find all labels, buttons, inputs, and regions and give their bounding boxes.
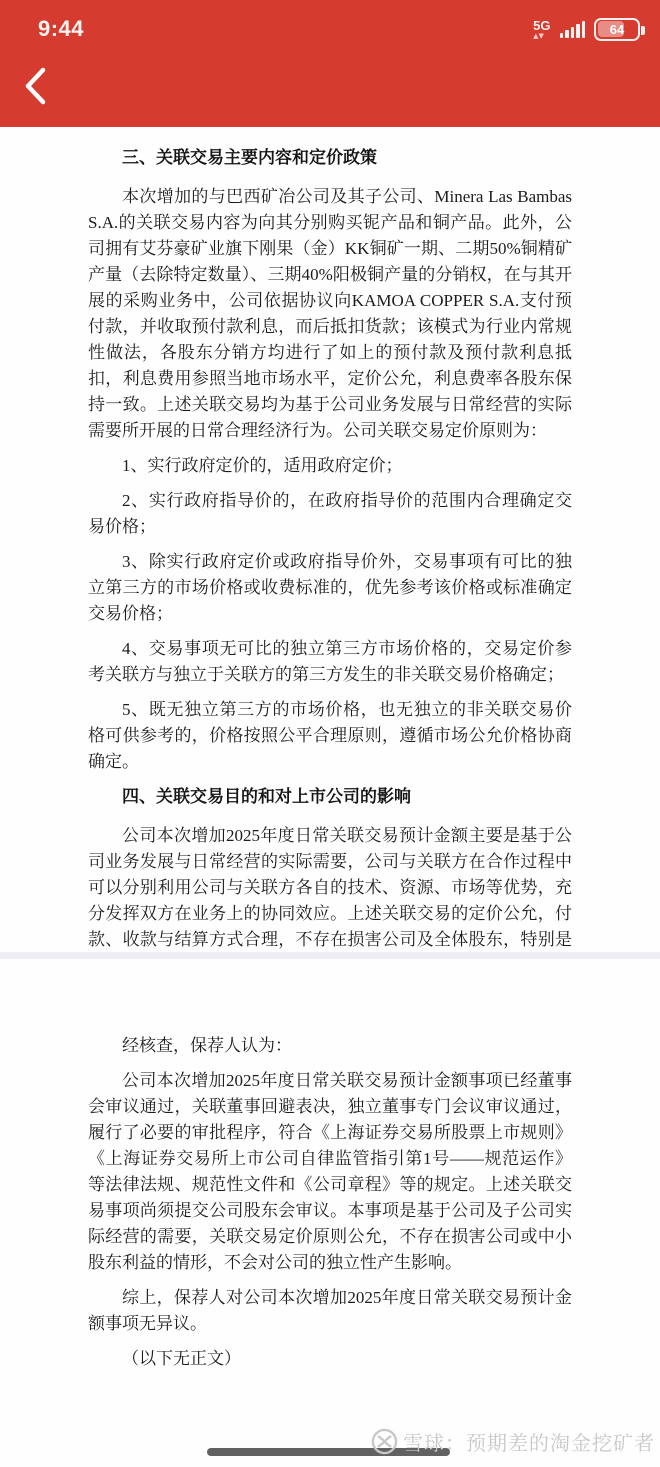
- paragraph: 综上，保荐人对公司本次增加2025年度日常关联交易预计金额事项无异议。: [88, 1285, 572, 1337]
- network-type-label: 5G: [533, 19, 550, 32]
- phone-screen: 9:44 5G ▲▼ 64: [0, 0, 660, 1467]
- battery-icon: 64: [594, 18, 640, 41]
- status-icons: 5G ▲▼ 64: [533, 18, 640, 41]
- watermark-text: 雪球：预期差的淘金挖矿者: [403, 1427, 655, 1456]
- pricing-item-1: 1、实行政府定价的，适用政府定价；: [88, 453, 572, 479]
- pricing-item-3: 3、除实行政府定价或政府指导价外，交易事项有可比的独立第三方的市场价格或收费标准…: [88, 549, 572, 627]
- network-indicator: 5G ▲▼: [533, 19, 550, 40]
- updown-arrows-icon: ▲▼: [533, 33, 544, 40]
- watermark: 雪球：预期差的淘金挖矿者: [371, 1427, 655, 1456]
- sponsor-intro: 经核查，保荐人认为：: [88, 1033, 572, 1059]
- nav-bar: [0, 42, 660, 108]
- app-header: 9:44 5G ▲▼ 64: [0, 0, 660, 127]
- status-bar: 9:44 5G ▲▼ 64: [0, 0, 660, 42]
- page-separator: [0, 952, 660, 959]
- battery-nub: [641, 26, 645, 35]
- pricing-item-4: 4、交易事项无可比的独立第三方市场价格的，交易定价参考关联方与独立于关联方的第三…: [88, 636, 572, 688]
- chevron-left-icon: [22, 66, 48, 106]
- no-more-text-note: （以下无正文）: [88, 1346, 572, 1372]
- pricing-item-5: 5、既无独立第三方的市场价格，也无独立的非关联交易价格可供参考的，价格按照公平合…: [88, 697, 572, 775]
- paragraph: 本次增加的与巴西矿冶公司及其子公司、Minera Las Bambas S.A.…: [88, 184, 572, 444]
- section-3-heading: 三、关联交易主要内容和定价政策: [88, 145, 572, 171]
- xueqiu-logo-icon: [371, 1428, 398, 1455]
- battery-percentage: 64: [596, 20, 638, 39]
- signal-bars-icon: [560, 20, 586, 38]
- back-button[interactable]: [22, 64, 62, 108]
- paragraph: 公司本次增加2025年度日常关联交易预计金额事项已经董事会审议通过，关联董事回避…: [88, 1068, 572, 1276]
- status-time: 9:44: [38, 16, 84, 42]
- pricing-item-2: 2、实行政府指导价的，在政府指导价的范围内合理确定交易价格；: [88, 488, 572, 540]
- document-page-2: 经核查，保荐人认为： 公司本次增加2025年度日常关联交易预计金额事项已经董事会…: [0, 959, 660, 1467]
- document-page-1: 三、关联交易主要内容和定价政策 本次增加的与巴西矿冶公司及其子公司、Minera…: [0, 127, 660, 952]
- section-4-heading: 四、关联交易目的和对上市公司的影响: [88, 784, 572, 810]
